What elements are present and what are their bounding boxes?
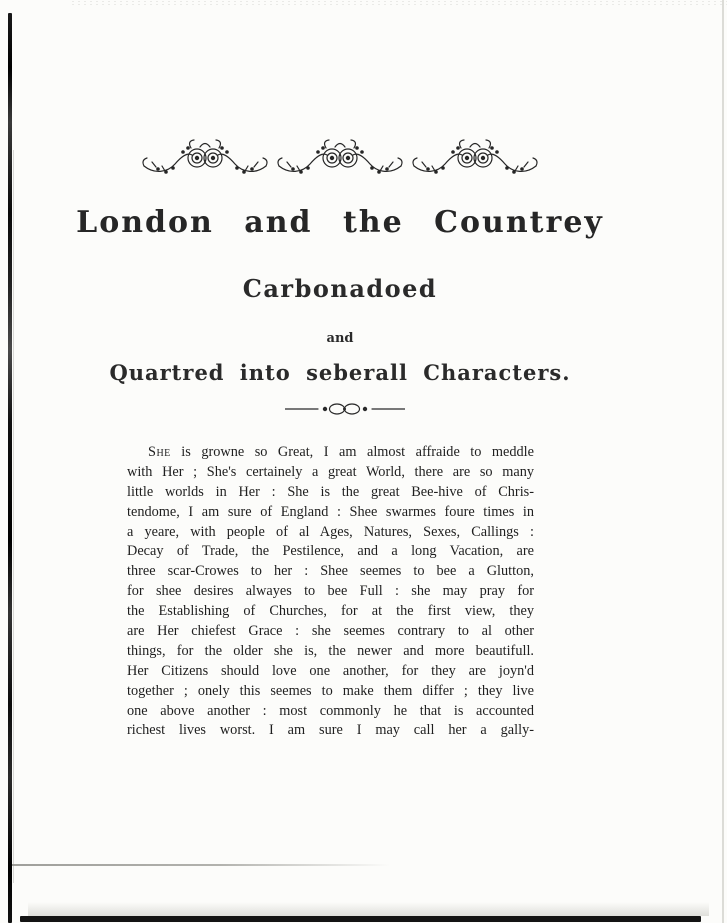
book-page-scan: London and the Countrey Carbonadoed and … xyxy=(0,0,727,923)
body-line: Decay of Trade, the Pestilence, and a lo… xyxy=(127,542,534,562)
body-line: things, for the older she is, the newer … xyxy=(127,642,534,662)
body-line: the Establishing of Churches, for at the… xyxy=(127,602,534,622)
page-title: London and the Countrey xyxy=(0,205,680,240)
body-line: Her Citizens should love one another, fo… xyxy=(127,662,534,682)
conjunction-and: and xyxy=(0,331,680,346)
scan-bottom-edge-artifact xyxy=(20,916,701,922)
scroll-divider-icon xyxy=(285,401,405,417)
body-text: She is growne so Great, I am almost affr… xyxy=(127,443,534,741)
floral-flourish-icon xyxy=(140,136,540,180)
body-line: one above another : most commonly he tha… xyxy=(127,702,534,722)
body-line: a yeare, with people of al Ages, Natures… xyxy=(127,523,534,543)
subtitle-carbonadoed: Carbonadoed xyxy=(0,274,680,303)
body-line: with Her ; She's certainely a great Worl… xyxy=(127,463,534,483)
body-line: She is growne so Great, I am almost affr… xyxy=(127,443,534,463)
body-line: for shee desires alwayes to bee Full : s… xyxy=(127,582,534,602)
body-line: richest lives worst. I am sure I may cal… xyxy=(127,721,534,741)
subtitle-quartred: Quartred into seberall Characters. xyxy=(0,360,680,385)
body-line: tendome, I am sure of England : Shee swa… xyxy=(127,503,534,523)
body-line: together ; onely this seemes to make the… xyxy=(127,682,534,702)
scan-faint-line-artifact xyxy=(12,864,390,866)
body-line: little worlds in Her : She is the great … xyxy=(127,483,534,503)
lead-word-smallcaps: She xyxy=(148,444,171,460)
scan-bottom-fuzz xyxy=(28,902,709,916)
body-line: are Her chiefest Grace : she seemes cont… xyxy=(127,622,534,642)
page-content: London and the Countrey Carbonadoed and … xyxy=(0,0,680,923)
header-ornament-band xyxy=(140,136,540,180)
body-line: three scar-Crowes to her : Shee seemes t… xyxy=(127,562,534,582)
section-divider xyxy=(285,401,405,417)
scan-right-edge-line xyxy=(722,0,724,923)
